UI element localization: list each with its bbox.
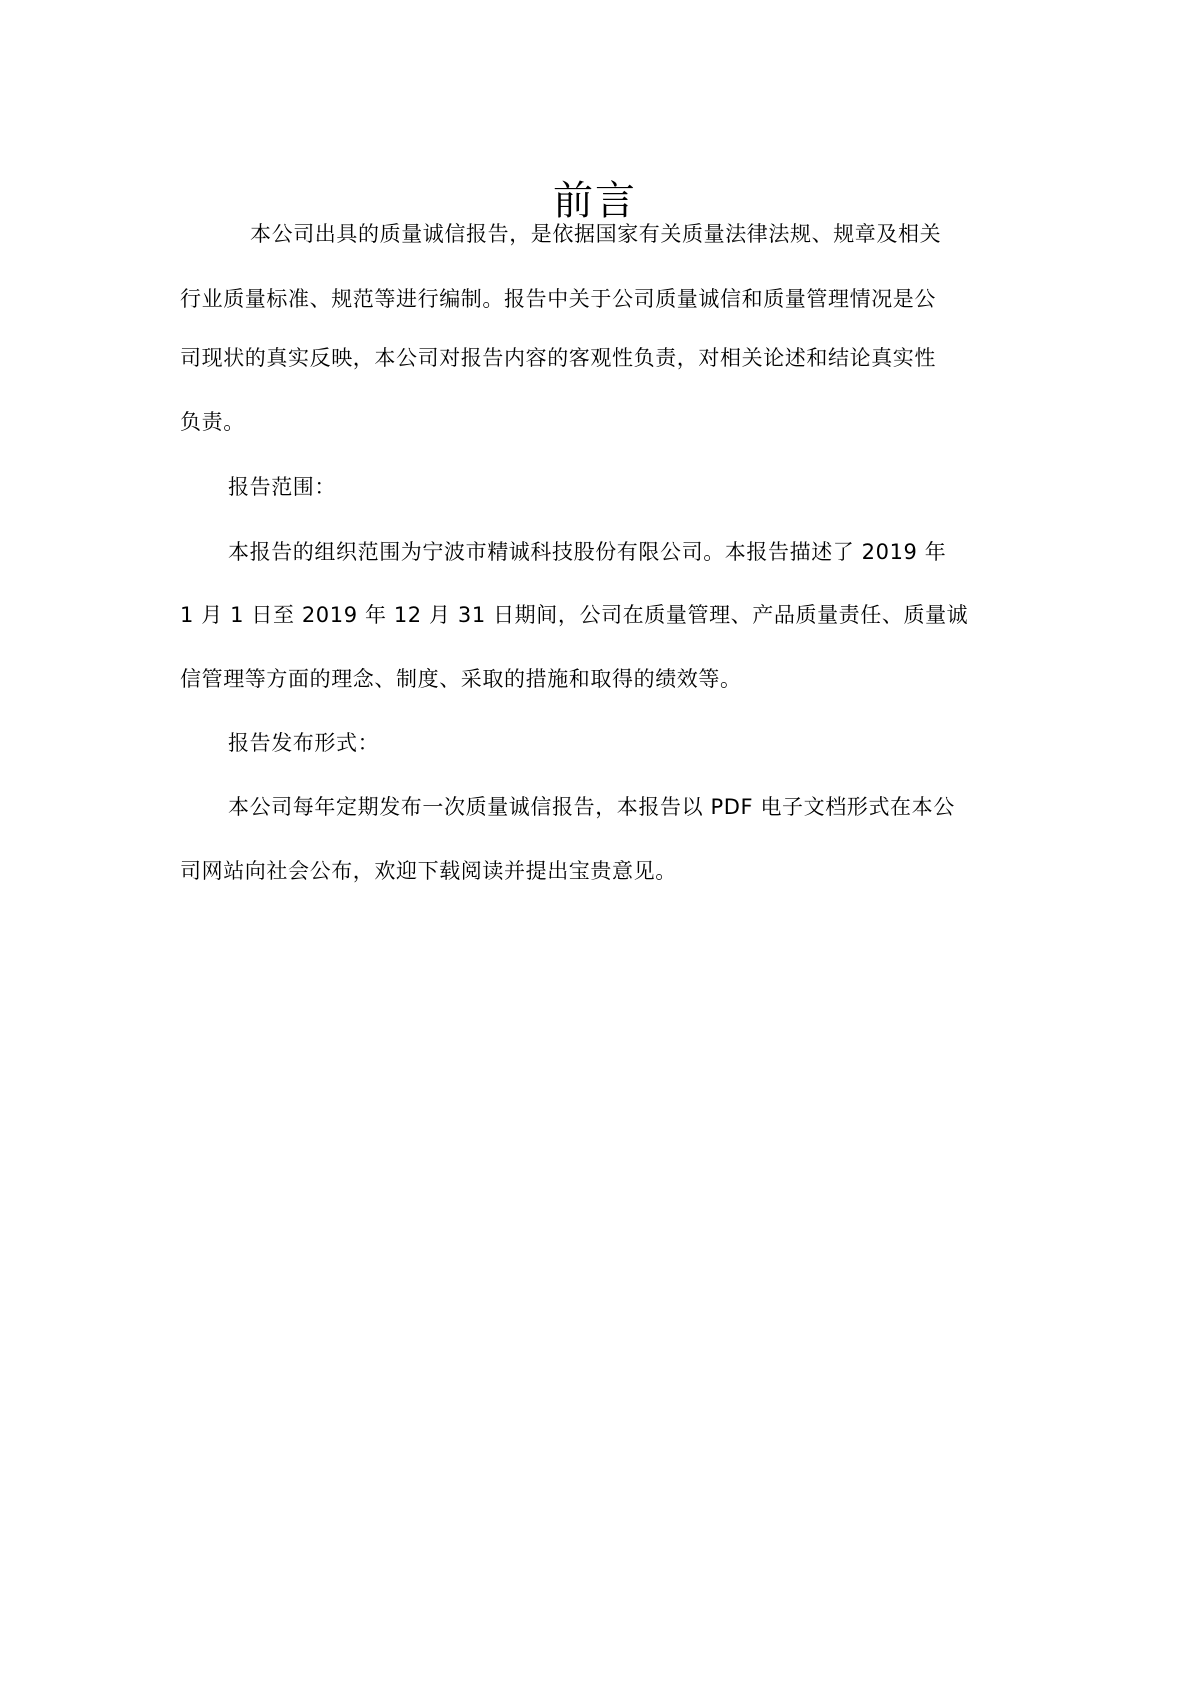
scope-line-3: 信管理等方面的理念、制度、采取的措施和取得的绩效等。: [180, 664, 1010, 694]
intro-line-1: 本公司出具的质量诚信报告，是依据国家有关质量法律法规、规章及相关: [250, 219, 1080, 249]
publication-heading: 报告发布形式：: [228, 728, 1058, 758]
intro-line-2: 行业质量标准、规范等进行编制。报告中关于公司质量诚信和质量管理情况是公: [180, 284, 1010, 314]
scope-heading: 报告范围：: [228, 472, 1058, 502]
publication-line-1: 本公司每年定期发布一次质量诚信报告，本报告以 PDF 电子文档形式在本公: [228, 792, 1058, 822]
page-title: 前言: [0, 177, 1190, 225]
intro-line-3: 司现状的真实反映，本公司对报告内容的客观性负责，对相关论述和结论真实性: [180, 343, 1010, 373]
scope-line-1: 本报告的组织范围为宁波市精诚科技股份有限公司。本报告描述了 2019 年: [228, 537, 1058, 567]
publication-line-2: 司网站向社会公布，欢迎下载阅读并提出宝贵意见。: [180, 856, 1010, 886]
scope-line-2: 1 月 1 日至 2019 年 12 月 31 日期间，公司在质量管理、产品质量…: [180, 600, 1010, 630]
intro-line-4: 负责。: [180, 407, 1010, 437]
document-page: 前言 本公司出具的质量诚信报告，是依据国家有关质量法律法规、规章及相关 行业质量…: [0, 0, 1190, 1683]
